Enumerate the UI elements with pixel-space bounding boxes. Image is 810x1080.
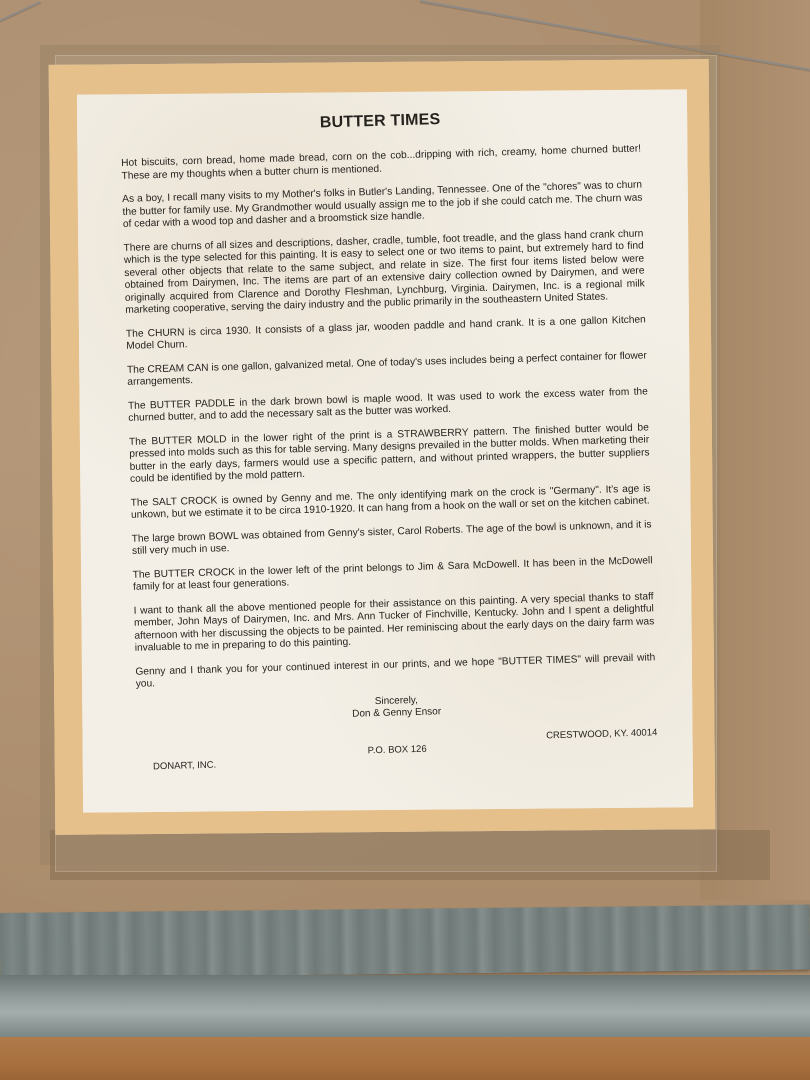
paragraph: The BUTTER CROCK in the lower left of th… [133, 555, 653, 595]
paragraph: The BUTTER MOLD in the lower right of th… [129, 422, 650, 486]
po-box: P.O. BOX 126 [368, 743, 427, 756]
duct-tape-bottom [0, 975, 810, 1037]
paragraph: Genny and I thank you for your continued… [135, 652, 655, 692]
paragraph: Hot biscuits, corn bread, home made brea… [121, 143, 641, 183]
paragraph: The large brown BOWL was obtained from G… [132, 519, 652, 559]
paragraph: As a boy, I recall many visits to my Mot… [122, 179, 643, 231]
paragraph: I want to thank all the above mentioned … [134, 591, 655, 655]
paragraph: The BUTTER PADDLE in the dark brown bowl… [128, 386, 648, 426]
address: CRESTWOOD, KY. 40014 [546, 727, 657, 741]
closing-block: Sincerely, Don & Genny Ensor [136, 688, 656, 728]
paragraph: The SALT CROCK is owned by Genny and me.… [131, 483, 651, 523]
letter-document: BUTTER TIMES Hot biscuits, corn bread, h… [120, 105, 658, 777]
wooden-frame-edge [0, 1037, 810, 1080]
paragraph: There are churns of all sizes and descri… [123, 228, 645, 317]
paragraph: The CHURN is circa 1930. It consists of … [126, 314, 646, 354]
paragraph: The CREAM CAN is one gallon, galvanized … [127, 350, 647, 390]
company-name: DONART, INC. [153, 759, 216, 772]
duct-tape-top [0, 905, 810, 978]
